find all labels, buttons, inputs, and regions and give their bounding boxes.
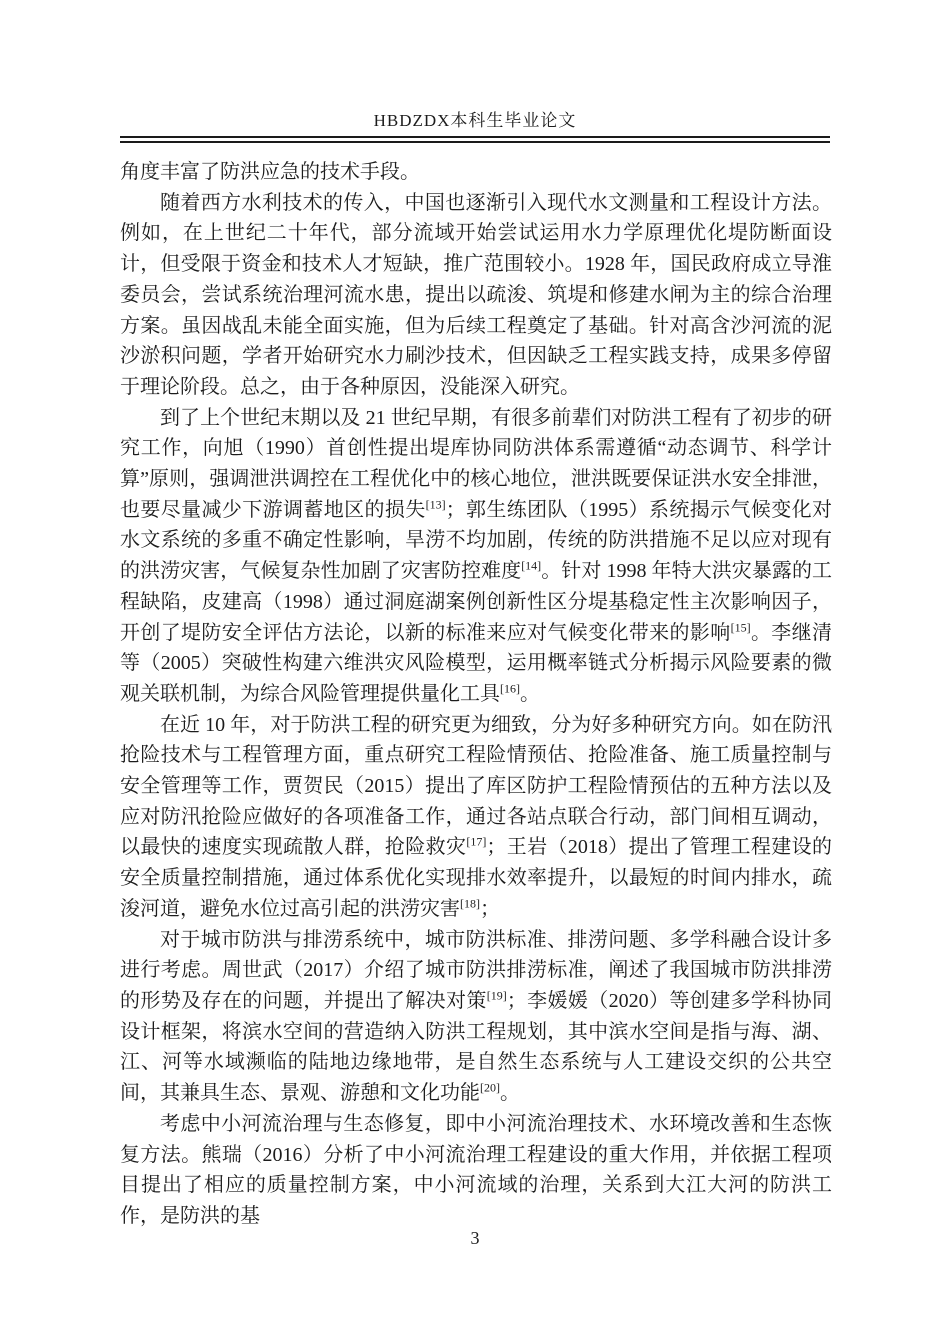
page-number: 3 bbox=[120, 1228, 830, 1249]
citation-reference: [17] bbox=[466, 835, 486, 849]
body-text: 角度丰富了防洪应急的技术手段。随着西方水利技术的传入，中国也逐渐引入现代水文测量… bbox=[120, 157, 832, 1232]
paragraph-5: 对于城市防洪与排涝系统中，城市防洪标准、排涝问题、多学科融合设计多进行考虑。周世… bbox=[120, 925, 832, 1109]
citation-reference: [20] bbox=[480, 1080, 500, 1094]
thesis-page: HBDZDX本科生毕业论文 角度丰富了防洪应急的技术手段。随着西方水利技术的传入… bbox=[0, 0, 950, 1344]
paragraph-4: 在近 10 年，对于防洪工程的研究更为细致，分为好多种研究方向。如在防汛抢险技术… bbox=[120, 710, 832, 925]
paragraph-2: 随着西方水利技术的传入，中国也逐渐引入现代水文测量和工程设计方法。例如，在上世纪… bbox=[120, 188, 832, 403]
citation-reference: [15] bbox=[731, 620, 751, 634]
text-run: ； bbox=[480, 898, 500, 920]
citation-reference: [19] bbox=[487, 988, 507, 1002]
citation-reference: [13] bbox=[426, 497, 446, 511]
citation-reference: [16] bbox=[500, 681, 520, 695]
header-double-rule bbox=[120, 136, 830, 143]
paragraph-1: 角度丰富了防洪应急的技术手段。 bbox=[120, 157, 832, 188]
text-run: 随着西方水利技术的传入，中国也逐渐引入现代水文测量和工程设计方法。例如，在上世纪… bbox=[120, 192, 832, 398]
paragraph-3: 到了上个世纪末期以及 21 世纪早期，有很多前辈们对防洪工程有了初步的研究工作，… bbox=[120, 403, 832, 710]
text-run: 角度丰富了防洪应急的技术手段。 bbox=[120, 161, 420, 183]
text-run: 。 bbox=[520, 683, 540, 705]
running-header: HBDZDX本科生毕业论文 bbox=[120, 106, 830, 131]
text-run: 考虑中小河流治理与生态修复，即中小河流治理技术、水环境改善和生态恢复方法。熊瑞（… bbox=[120, 1113, 832, 1227]
paragraph-6: 考虑中小河流治理与生态修复，即中小河流治理技术、水环境改善和生态恢复方法。熊瑞（… bbox=[120, 1109, 832, 1232]
text-run: 。 bbox=[500, 1082, 520, 1104]
citation-reference: [14] bbox=[521, 558, 541, 572]
citation-reference: [18] bbox=[460, 896, 480, 910]
